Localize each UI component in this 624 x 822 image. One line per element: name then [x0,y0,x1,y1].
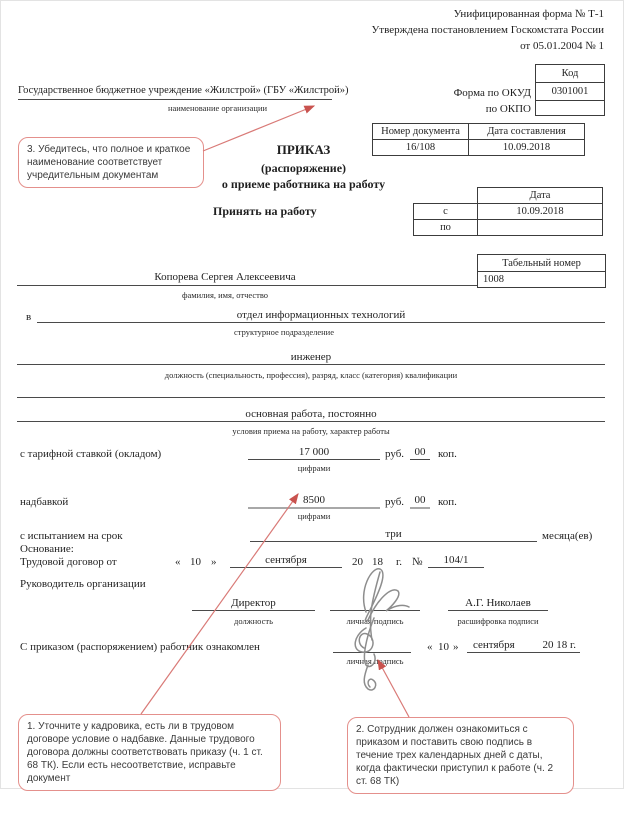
callout-note-2: 2. Сотрудник должен ознакомиться с прика… [347,717,574,794]
ack-year: 20 18 г. [542,639,580,652]
acknowledgment-label: С приказом (распоряжением) работник озна… [20,641,260,653]
employee-signature [336,610,411,696]
position-field: инженер [17,351,605,365]
doc-date-header-cell: Дата составления [468,123,585,140]
allowance-label: надбавкой [20,496,68,508]
contract-number-field: 104/1 [428,554,484,568]
salary-value-field: 17 000 [248,446,380,460]
employee-name-line [17,271,477,286]
contract-day: 10 [190,556,201,568]
approval-date-line: от 05.01.2004 № 1 [520,40,604,52]
okud-code-cell: 0301001 [535,82,605,101]
basis-label: Основание: [20,543,74,555]
salary-rub-label: руб. [385,448,404,460]
conditions-caption: условия приема на работу, характер работ… [17,426,605,436]
ack-quote-close: » [453,641,459,653]
head-label: Руководитель организации [20,578,146,590]
salary-kop-label: коп. [438,448,457,460]
allowance-rub-label: руб. [385,496,404,508]
ack-day: 10 [438,641,449,653]
hire-label: Принять на работу [213,205,317,217]
allowance-value-field: 8500 [248,494,380,509]
personnel-number-header-cell: Табельный номер [477,254,606,272]
form-type-line: Унифицированная форма № Т-1 [454,8,604,20]
order-subject: о приеме работника на работу [181,178,426,190]
department-caption: структурное подразделение [184,327,384,337]
contract-label: Трудовой договор от [20,556,117,568]
allowance-caption: цифрами [264,511,364,521]
contract-month-field: сентября [230,554,342,568]
probation-value-field: три [250,528,537,542]
allowance-kopecks-field: 00 [410,494,430,509]
okpo-label: по ОКПО [486,103,531,115]
conditions-field: основная работа, постоянно [17,408,605,422]
ack-month: сентября [467,639,515,652]
organization-name-field: Государственное бюджетное учреждение «Жи… [18,85,332,100]
salary-label: с тарифной ставкой (окладом) [20,448,161,460]
salary-kopecks-field: 00 [410,446,430,460]
head-position-caption: должность [192,616,315,626]
salary-caption: цифрами [264,463,364,473]
position-caption: должность (специальность, профессия), ра… [17,370,605,380]
hire-date-header-cell: Дата [477,187,603,204]
approval-line: Утверждена постановлением Госкомстата Ро… [372,24,604,36]
ack-quote-open: « [427,641,433,653]
allowance-kop-label: коп. [438,496,457,508]
okud-label: Форма по ОКУД [454,87,531,99]
hire-from-value-cell: 10.09.2018 [477,203,603,220]
organization-name-caption: наименование организации [120,103,315,113]
department-prefix: в [26,311,31,323]
code-header-cell: Код [535,64,605,83]
head-name-caption: расшифровка подписи [438,616,558,626]
position-extra-line [17,390,605,398]
doc-date-value-cell: 10.09.2018 [468,139,585,156]
probation-label: с испытанием на срок [20,530,123,542]
order-title: ПРИКАЗ [181,144,426,156]
head-position-field: Директор [192,597,315,611]
hire-from-label-cell: с [413,203,478,220]
employee-name-caption: фамилия, имя, отчество [125,290,325,300]
contract-quote-close: » [211,556,217,568]
document-page: Унифицированная форма № Т-1 Утверждена п… [0,0,624,822]
contract-quote-open: « [175,556,181,568]
okpo-code-cell [535,100,605,116]
hire-to-value-cell [477,219,603,236]
order-subtitle: (распоряжение) [181,162,426,174]
callout-note-1: 1. Уточните у кадровика, есть ли в трудо… [18,714,281,791]
probation-suffix: месяца(ев) [542,530,592,542]
department-field: отдел информационных технологий [37,309,605,323]
personnel-number-value-cell: 1008 [477,271,606,288]
doc-number-header-cell: Номер документа [372,123,469,140]
head-name-field: А.Г. Николаев [448,597,548,611]
callout-note-3: 3. Убедитесь, что полное и краткое наиме… [18,137,204,188]
hire-to-label-cell: по [413,219,478,236]
